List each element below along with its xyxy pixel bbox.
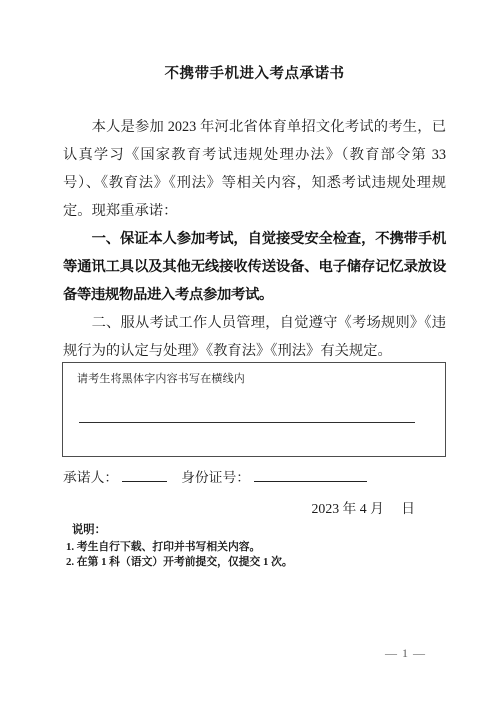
handwriting-line <box>79 422 415 423</box>
notes-list: 1. 考生自行下载、打印并书写相关内容。 2. 在第 1 科（语文）开考前提交，… <box>66 540 426 570</box>
notes-title: 说明： <box>72 521 106 537</box>
document-body: 本人是参加 2023 年河北省体育单招文化考试的考生，已认真学习《国家教育考试违… <box>63 113 446 365</box>
intro-paragraph: 本人是参加 2023 年河北省体育单招文化考试的考生，已认真学习《国家教育考试违… <box>63 113 446 225</box>
signature-row: 承诺人： 身份证号： <box>63 466 446 486</box>
document-title: 不携带手机进入考点承诺书 <box>63 62 446 83</box>
id-number-label: 身份证号： <box>181 470 250 485</box>
commitment-1-paragraph: 一、保证本人参加考试，自觉接受安全检查，不携带手机等通讯工具以及其他无线接收传送… <box>63 225 446 309</box>
handwriting-box: 请考生将黑体字内容书写在横线内 <box>62 362 446 457</box>
id-number-field <box>254 468 367 482</box>
signer-label: 承诺人： <box>63 470 118 485</box>
note-item-2: 2. 在第 1 科（语文）开考前提交，仅提交 1 次。 <box>66 555 426 570</box>
date-line: 2023 年 4 月 日 <box>312 497 415 517</box>
signer-name-field <box>122 468 167 482</box>
document-page: 不携带手机进入考点承诺书 本人是参加 2023 年河北省体育单招文化考试的考生，… <box>0 0 500 706</box>
commitment-2-paragraph: 二、服从考试工作人员管理，自觉遵守《考场规则》《违规行为的认定与处理》《教育法》… <box>63 309 446 365</box>
note-item-1: 1. 考生自行下载、打印并书写相关内容。 <box>66 540 426 555</box>
handwriting-box-note: 请考生将黑体字内容书写在横线内 <box>77 370 245 386</box>
page-number: — 1 — <box>385 646 426 661</box>
